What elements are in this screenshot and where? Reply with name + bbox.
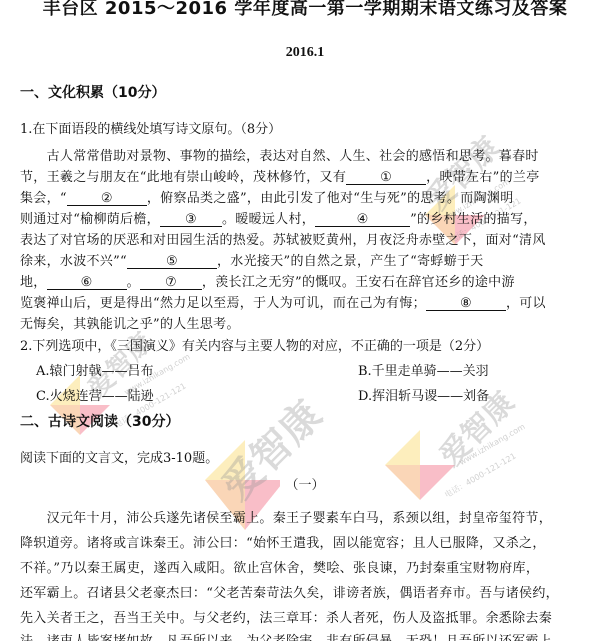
question-1-prompt: 1.在下面语段的横线处填写诗文原句。（8分） <box>20 118 281 137</box>
section-2-heading: 二、古诗文阅读（30分） <box>20 411 179 431</box>
fill-blank-4[interactable]: ④ <box>315 213 410 227</box>
fill-blank-3[interactable]: ③ <box>160 213 222 227</box>
passage-line: 法。诸吏人皆案堵如故。凡吾所以来，为父老除害，非有所侵暴，无恐！且吾所以还军霸上… <box>20 630 565 641</box>
passage-line: 还军霸上。召诸县父老豪杰曰：“父老苦秦苛法久矣，诽谤者族，偶语者弃市。吾与诸侯约… <box>20 582 559 601</box>
fill-blank-2[interactable]: ② <box>67 192 147 206</box>
passage-line: 先入关者王之，吾当王关中。与父老约，法三章耳：杀人者死，伤人及盗抵罪。余悉除去秦 <box>20 607 552 626</box>
section-2-instruction: 阅读下面的文言文，完成3-10题。 <box>20 447 218 466</box>
watermark-triangle-icon <box>380 425 460 505</box>
paragraph-line: 地，⑥。⑦，羡长江之无穷”的慨叹。王安石在辞官还乡的途中游 <box>20 271 515 290</box>
passage-subheading: （一） <box>0 474 610 493</box>
paragraph-line: 则通过对“榆柳荫后檐，③。暧暧远人村，④”的乡村生活的描写， <box>20 208 537 227</box>
option-b[interactable]: B.千里走单骑——关羽 <box>358 360 489 379</box>
paragraph-line: 节，王羲之与朋友在“此地有崇山峻岭，茂林修竹，又有①，映带左右”的兰亭 <box>20 166 540 185</box>
document-page: 爱智康 www.izhikang.com 电话：4000-121-121 爱智康… <box>0 0 610 641</box>
watermark-url: www.izhikang.com <box>458 422 527 467</box>
fill-blank-5[interactable]: ⑤ <box>127 255 217 269</box>
option-a[interactable]: A.辕门射戟——吕布 <box>36 360 154 379</box>
option-c[interactable]: C.火烧连营——陆逊 <box>36 385 154 404</box>
passage-line: 不祥。”乃以秦王属吏，遂西入咸阳。欲止宫休舍，樊哙、张良谏，乃封秦重宝财物府库， <box>20 557 539 576</box>
fill-blank-7[interactable]: ⑦ <box>140 276 202 290</box>
question-2-prompt: 2.下列选项中，《三国演义》有关内容与主要人物的对应，不正确的一项是（2分） <box>20 335 489 354</box>
paragraph-line: 表达了对官场的厌恶和对田园生活的热爱。苏轼被贬黄州，月夜泛舟赤壁之下，面对“清风 <box>20 229 546 248</box>
option-d[interactable]: D.挥泪斩马谡——刘备 <box>358 385 489 404</box>
paragraph-line: 徐来，水波不兴”“⑤，水光接天”的自然之景，产生了“寄蜉蝣于天 <box>20 250 484 269</box>
passage-line: 降轵道旁。诸将或言诛秦王。沛公曰：“始怀王遣我，固以能宽容；且人已服降，又杀之， <box>20 532 546 551</box>
passage-line: 汉元年十月，沛公兵遂先诸侯至霸上。秦王子婴素车白马，系颈以组，封皇帝玺符节， <box>20 507 552 526</box>
paragraph-line: 览褒禅山后，更是得出“然力足以至焉，于人为可讥，而在己为有悔；⑧，可以 <box>20 292 546 311</box>
fill-blank-8[interactable]: ⑧ <box>426 297 506 311</box>
document-date: 2016.1 <box>0 45 610 61</box>
fill-blank-1[interactable]: ① <box>346 171 426 185</box>
paragraph-line: 集会，“②，俯察品类之盛”，由此引发了他对“生与死”的思考。而陶渊明 <box>20 187 514 206</box>
document-title: 丰台区 2015～2016 学年度高一第一学期期末语文练习及答案 <box>0 0 610 20</box>
paragraph-line: 古人常常借助对景物、事物的描绘，表达对自然、人生、社会的感悟和思考。暮春时 <box>20 145 539 164</box>
fill-blank-6[interactable]: ⑥ <box>47 276 127 290</box>
paragraph-line: 无悔矣，其孰能讥之乎”的人生思考。 <box>20 313 240 332</box>
section-1-heading: 一、文化积累（10分） <box>20 82 165 102</box>
